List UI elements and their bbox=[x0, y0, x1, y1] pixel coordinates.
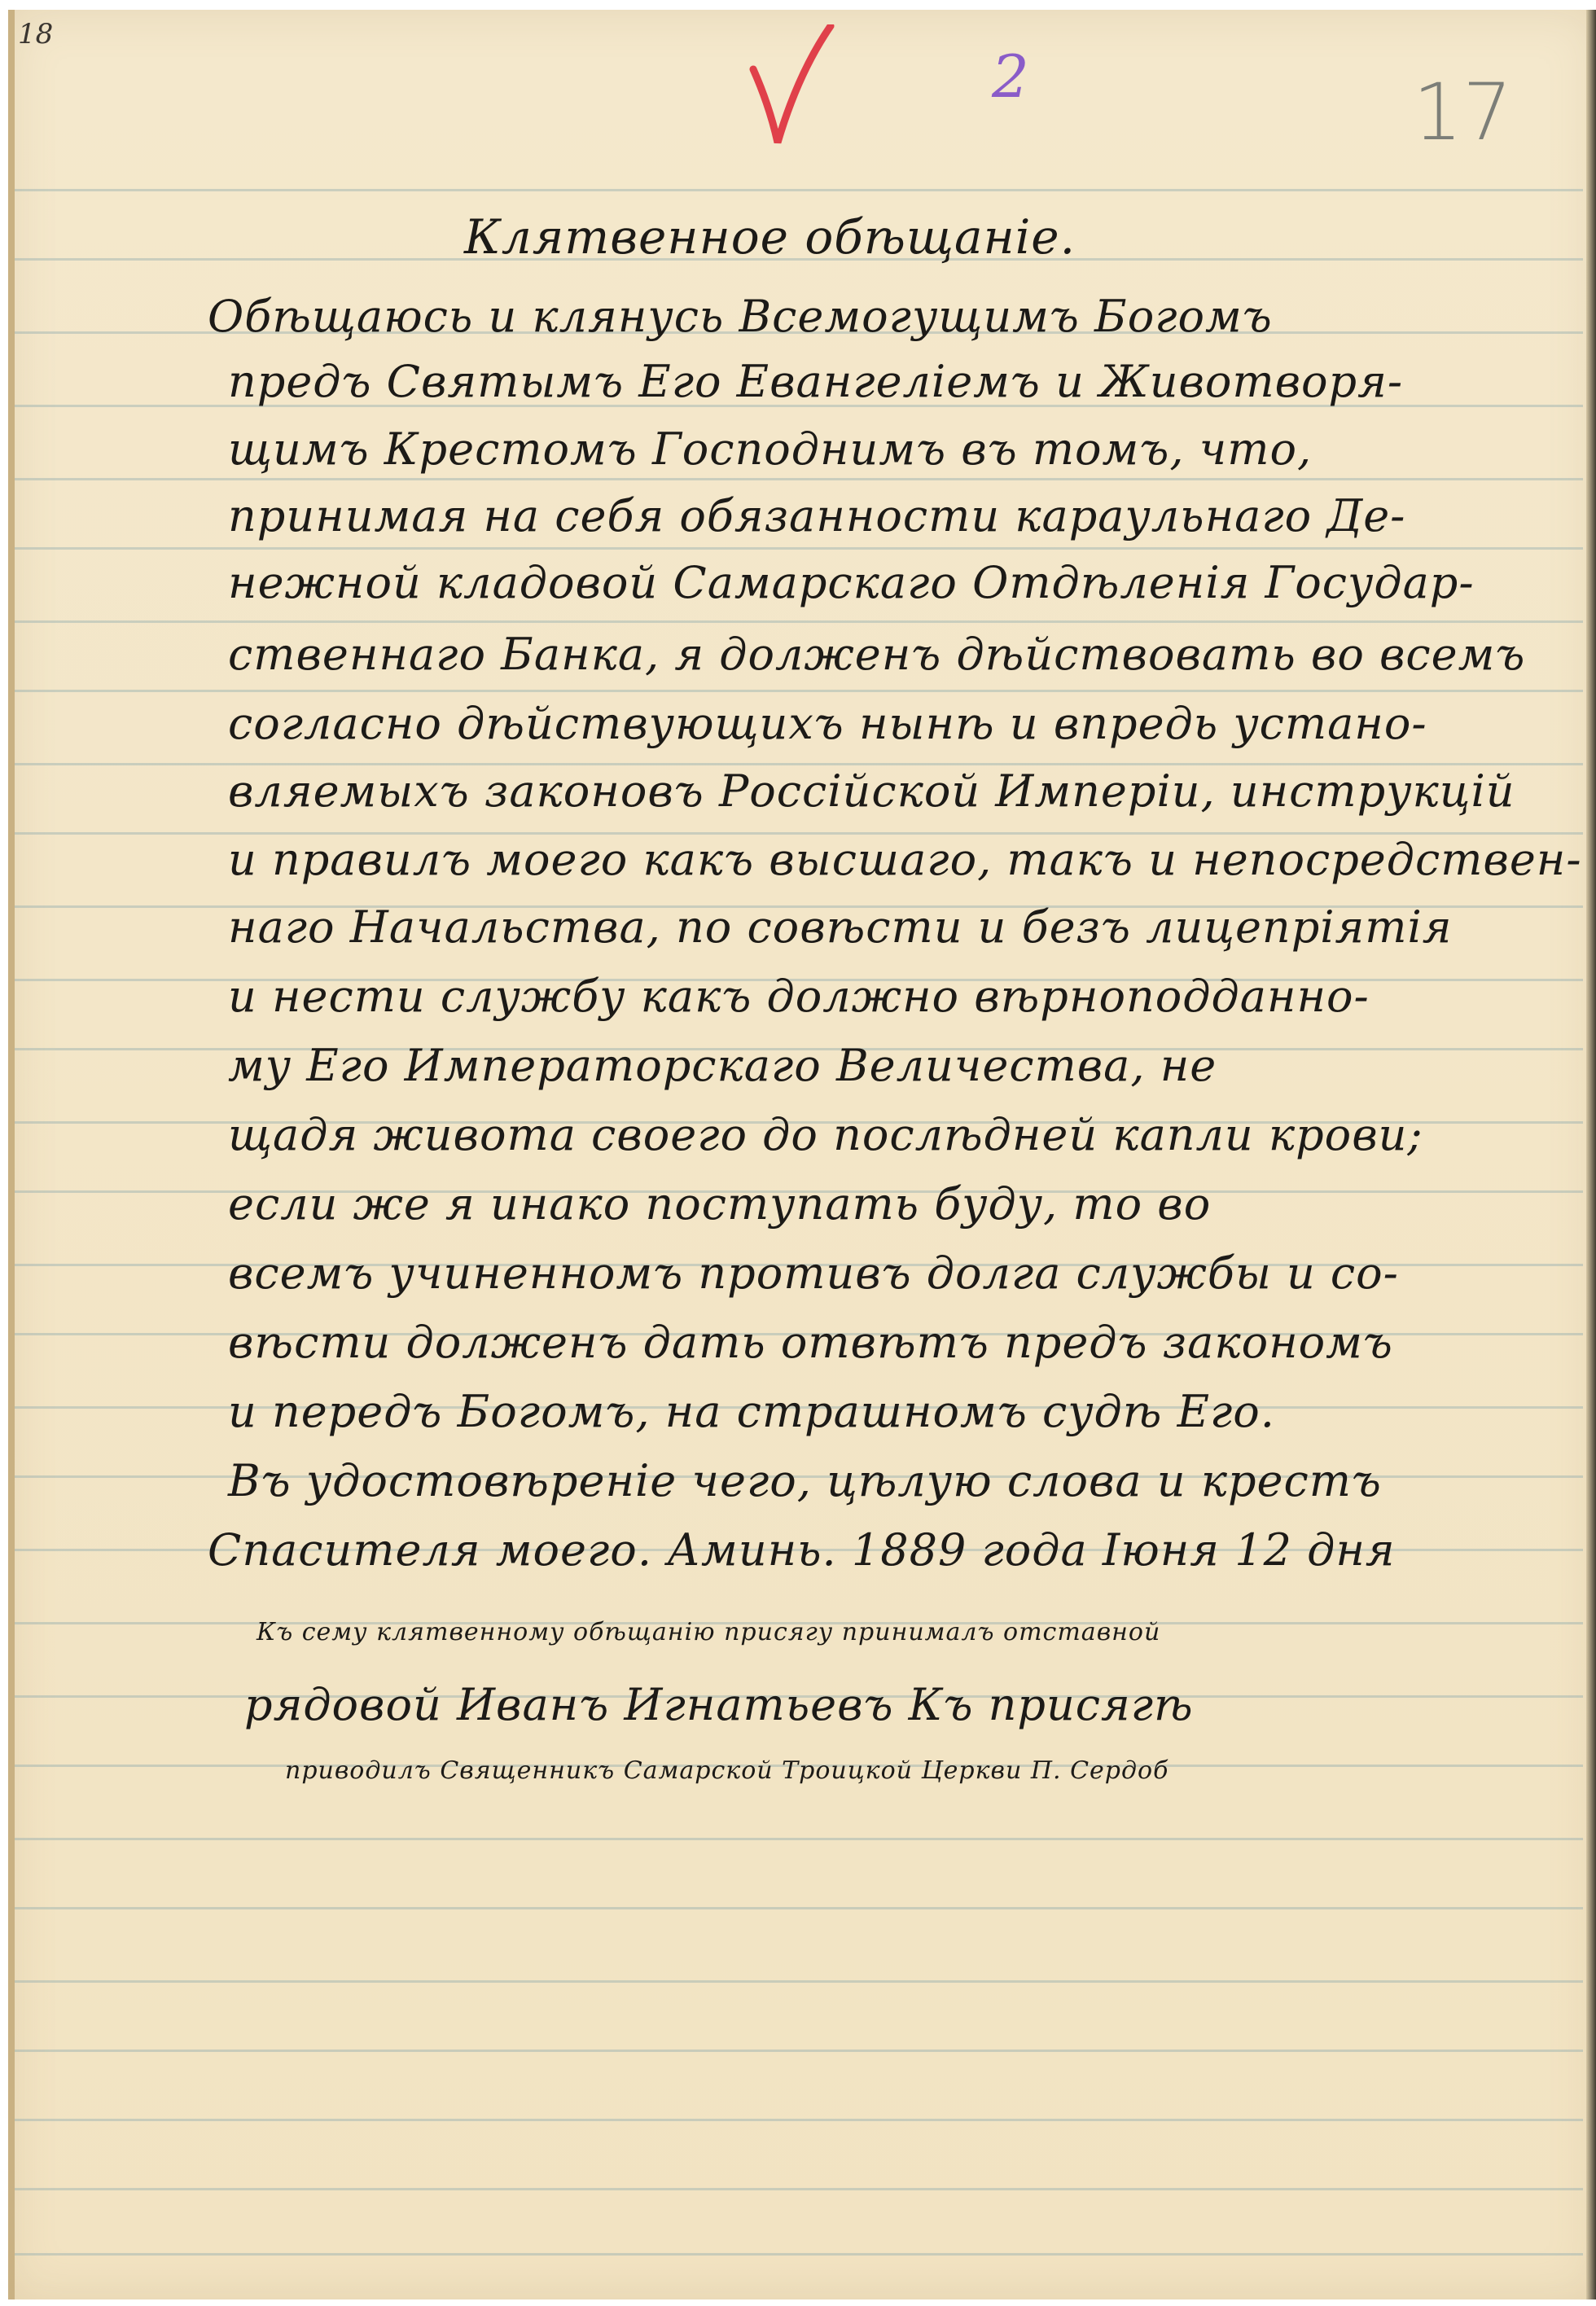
red-checkmark-icon bbox=[749, 24, 839, 147]
ruled-line bbox=[15, 2119, 1583, 2121]
attestation-line: Къ сему клятвенному обѣщанію присягу при… bbox=[256, 1618, 1160, 1646]
body-line: щимъ Крестомъ Господнимъ въ томъ, что, bbox=[228, 423, 1312, 475]
body-line: ственнаго Банка, я долженъ дѣйствовать в… bbox=[228, 629, 1525, 680]
page-left-edge bbox=[8, 10, 15, 2299]
body-line: и правилъ моего какъ высшаго, такъ и неп… bbox=[228, 834, 1582, 885]
attestation-line-signature: приводилъ Священникъ Самарской Троицкой … bbox=[285, 1756, 1168, 1785]
ruled-line bbox=[15, 478, 1583, 480]
folio-number: 17 bbox=[1413, 67, 1512, 158]
ruled-line bbox=[15, 1907, 1583, 1909]
body-line-with-date: Спасителя моего. Аминь. 1889 года Іюня 1… bbox=[208, 1524, 1396, 1576]
ruled-line bbox=[15, 189, 1583, 191]
attestation-line: рядовой Иванъ Игнатьевъ Къ присягѣ bbox=[244, 1679, 1194, 1730]
body-line: принимая на себя обязанности караульнаго… bbox=[228, 490, 1405, 541]
ruled-line bbox=[15, 2188, 1583, 2190]
ruled-line bbox=[15, 547, 1583, 550]
body-line: вѣсти долженъ дать отвѣтъ предъ закономъ bbox=[228, 1317, 1393, 1368]
body-line: всемъ учиненномъ противъ долга службы и … bbox=[228, 1247, 1399, 1299]
body-line: предъ Святымъ Его Евангеліемъ и Животвор… bbox=[228, 356, 1403, 407]
ruled-line bbox=[15, 2050, 1583, 2052]
document-page: 18 2 17 Клятвенное обѣщаніе. Обѣщаюсь и … bbox=[8, 10, 1596, 2299]
body-line: нежной кладовой Самарскаго Отдѣленія Гос… bbox=[228, 557, 1475, 608]
body-line: Въ удостовѣреніе чего, цѣлую слова и кре… bbox=[228, 1455, 1382, 1506]
ruled-line bbox=[15, 1980, 1583, 1983]
ruled-line bbox=[15, 1838, 1583, 1840]
ruled-line bbox=[15, 690, 1583, 692]
document-title: Клятвенное обѣщаніе. bbox=[464, 209, 1076, 265]
body-line: му Его Императорскаго Величества, не bbox=[228, 1040, 1217, 1091]
body-line: и нести службу какъ должно вѣрноподданно… bbox=[228, 971, 1370, 1022]
corner-note: 18 bbox=[18, 18, 53, 50]
body-line: наго Начальства, по совѣсти и безъ лицеп… bbox=[228, 901, 1453, 953]
body-line: и передъ Богомъ, на страшномъ судѣ Его. bbox=[228, 1386, 1275, 1437]
body-line: Обѣщаюсь и клянусь Всемогущимъ Богомъ bbox=[208, 291, 1273, 342]
violet-page-number: 2 bbox=[992, 42, 1029, 111]
body-line: вляемыхъ законовъ Россійской Имперіи, ин… bbox=[228, 765, 1515, 817]
body-line: если же я инако поступать буду, то во bbox=[228, 1178, 1211, 1230]
body-line: согласно дѣйствующихъ нынѣ и впредь уста… bbox=[228, 698, 1427, 749]
ruled-line bbox=[15, 2253, 1583, 2256]
body-line: щадя живота своего до послѣдней капли кр… bbox=[228, 1109, 1423, 1160]
ruled-line bbox=[15, 620, 1583, 623]
